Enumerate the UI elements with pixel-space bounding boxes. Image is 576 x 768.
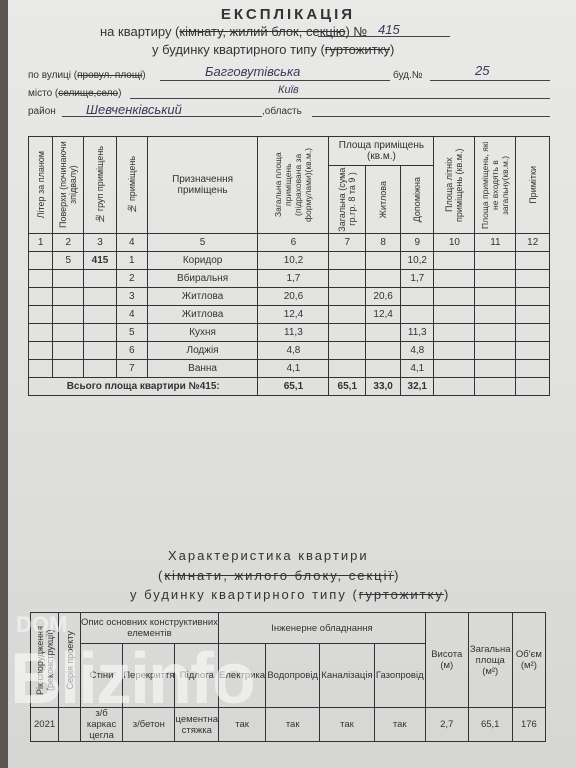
table-row: 5Кухня11,311,3	[29, 324, 550, 342]
district-value: Шевченківський	[86, 102, 182, 117]
table-row: 4Житлова12,412,4	[29, 306, 550, 324]
column-numbers-row: 1 2 3 4 5 6 7 8 9 10 11 12	[29, 234, 550, 252]
header-height: Висота (м)	[425, 613, 468, 708]
header-litera: Літер за планом	[36, 151, 46, 218]
total-sum: 65,1	[329, 378, 366, 396]
building-type-line: у будинку квартирного типу (гуртожитку)	[152, 42, 394, 57]
table-row: 6Лоджія4,84,8	[29, 342, 550, 360]
region-label: ,область	[262, 106, 302, 117]
header-sewer: Каналізація	[320, 644, 374, 708]
explication-table: Літер за планом Поверхи (починаючи зпідв…	[28, 136, 550, 396]
building-value: 25	[475, 63, 489, 78]
total-area: 65,1	[258, 378, 329, 396]
table-row: 7Ванна4,14,1	[29, 360, 550, 378]
header-area: Загальна площа (м²)	[468, 613, 512, 708]
header-notes: Примітки	[528, 166, 538, 204]
header-group: № груп приміщень	[95, 146, 105, 224]
total-label: Всього площа квартири №415:	[29, 378, 258, 396]
header-excluded: Площа приміщень, які не входять в загаль…	[480, 137, 510, 233]
header-living: Житлова	[378, 181, 388, 218]
building-label: буд.№	[393, 70, 423, 81]
header-gas: Газопровід	[374, 644, 425, 708]
characteristics-line2: (кімнати, жилого блоку, секції)	[158, 568, 400, 583]
city-value: Київ	[278, 84, 299, 96]
characteristics-title: Характеристика квартири	[168, 548, 369, 563]
header-water: Водопровід	[266, 644, 320, 708]
characteristics-line3: у будинку квартирного типу (гуртожитку)	[130, 587, 450, 602]
street-value: Багговутівська	[205, 64, 300, 79]
header-total-area: Загальна площа приміщень (підрахована за…	[273, 137, 313, 233]
watermark-small: DOM	[16, 612, 67, 638]
watermark: Blizinfo	[10, 638, 254, 720]
header-area-group: Площа приміщень (кв.м.)	[329, 137, 434, 166]
total-living: 33,0	[366, 378, 401, 396]
apartment-no: 415	[378, 22, 400, 37]
street-label: по вулиці (провул. площі)	[28, 70, 146, 81]
header-purpose: Призначення приміщень	[147, 137, 258, 234]
header-volume: Об'єм (м²)	[512, 613, 545, 708]
header-aux: Допоміжна	[412, 177, 422, 222]
table-row: 54151Коридор10,210,2	[29, 252, 550, 270]
header-summer: Площа літніх приміщень (кв.м.)	[444, 137, 464, 233]
city-label: місто (селище,село)	[28, 88, 121, 99]
header-floor: Поверхи (починаючи зпідвалу)	[58, 137, 78, 233]
table-row: 2Вбиральня1,71,7	[29, 270, 550, 288]
header-room-no: № приміщень	[127, 156, 137, 214]
total-row: Всього площа квартири №415: 65,1 65,1 33…	[29, 378, 550, 396]
total-aux: 32,1	[401, 378, 434, 396]
header-sum: Загальна (сума гр.гр. 8 та 9 )	[337, 166, 357, 233]
table-row: 3Житлова20,620,6	[29, 288, 550, 306]
district-label: район	[28, 106, 56, 117]
doc-title: ЕКСПЛІКАЦІЯ	[0, 6, 576, 23]
